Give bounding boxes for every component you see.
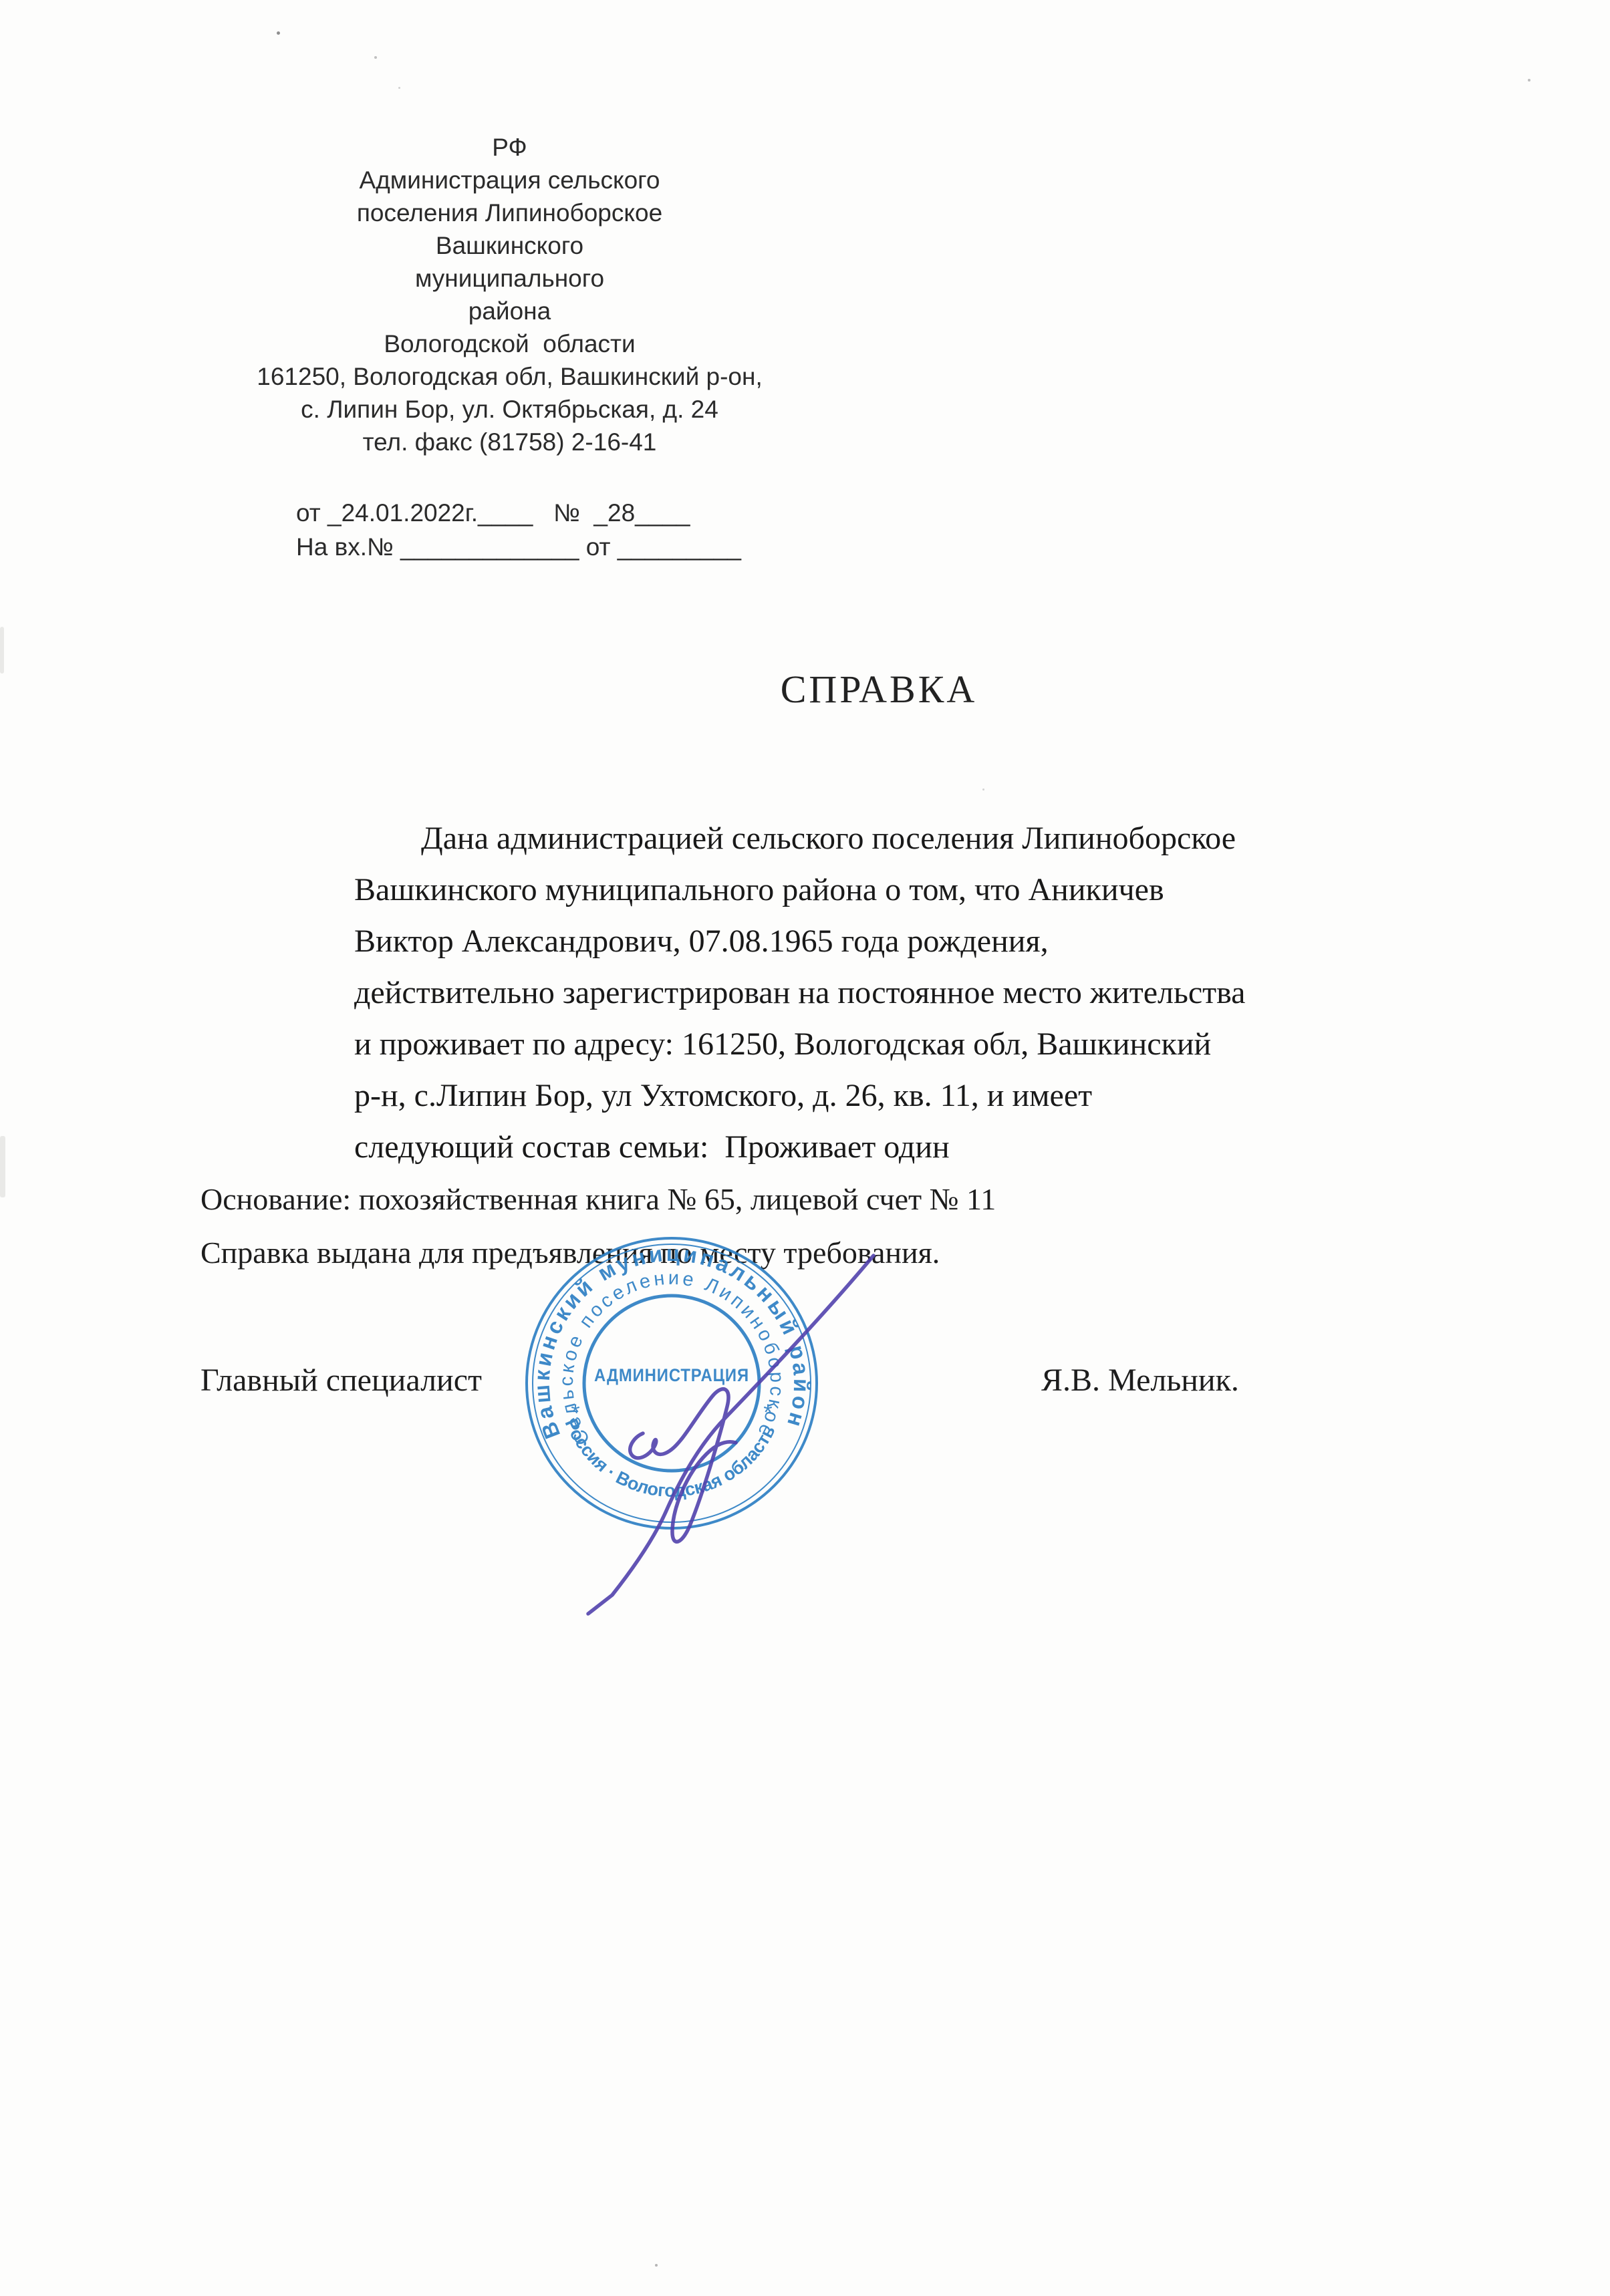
stamp-center-text: АДМИНИСТРАЦИЯ — [594, 1365, 749, 1385]
letterhead-line: 161250, Вологодская обл, Вашкинский р-он… — [94, 360, 926, 393]
letterhead-line: Вашкинского — [94, 229, 926, 262]
scan-smudge — [0, 627, 4, 674]
body-line: р-н, с.Липин Бор, ул Ухтомского, д. 26, … — [354, 1070, 1437, 1121]
stamp-separator-left: * — [571, 1400, 579, 1425]
stamp-separator-right: * — [763, 1400, 772, 1425]
incoming-ref-line: На вх.№ _____________ от _________ — [296, 530, 741, 564]
scan-speck — [655, 2264, 658, 2267]
letterhead-line: района — [94, 295, 926, 327]
letterhead: РФ Администрация сельского поселения Лип… — [94, 131, 926, 458]
letterhead-line: Администрация сельского — [94, 164, 926, 196]
scan-speck — [982, 788, 984, 791]
body-line: и проживает по адресу: 161250, Вологодск… — [354, 1018, 1437, 1070]
document-title: СПРАВКА — [354, 667, 1403, 712]
scan-smudge — [0, 1136, 5, 1197]
letterhead-line: Вологодской области — [94, 327, 926, 360]
scan-speck — [398, 87, 400, 89]
letterhead-line: тел. факс (81758) 2-16-41 — [94, 426, 926, 458]
body-line: следующий состав семьи: Проживает один — [354, 1121, 1437, 1173]
signer-name: Я.В. Мельник. — [1041, 1362, 1239, 1399]
letterhead-line: муниципального — [94, 262, 926, 295]
letterhead-line: РФ — [94, 131, 926, 164]
scan-speck — [277, 31, 280, 35]
body-line: Виктор Александрович, 07.08.1965 года ро… — [354, 915, 1437, 967]
body-line: действительно зарегистрирован на постоян… — [354, 967, 1437, 1018]
doc-date-number-line: от _24.01.2022г.____ № _28____ — [296, 496, 741, 530]
document-page: РФ Администрация сельского поселения Лип… — [0, 0, 1610, 2296]
signer-position: Главный специалист — [200, 1362, 482, 1399]
body-line: Дана администрацией сельского поселения … — [354, 813, 1437, 864]
letterhead-line: поселения Липиноборское — [94, 196, 926, 229]
official-stamp: Вашкинский муниципальный район Сельское … — [501, 1213, 902, 1627]
letterhead-line: с. Липин Бор, ул. Октябрьская, д. 24 — [94, 393, 926, 426]
reference-block: от _24.01.2022г.____ № _28____ На вх.№ _… — [296, 496, 741, 564]
scan-speck — [1528, 79, 1530, 82]
body-line: Вашкинского муниципального района о том,… — [354, 864, 1437, 915]
body-paragraph: Дана администрацией сельского поселения … — [354, 813, 1437, 1173]
scan-speck — [374, 56, 377, 59]
basis-line: Основание: похозяйственная книга № 65, л… — [200, 1181, 996, 1217]
